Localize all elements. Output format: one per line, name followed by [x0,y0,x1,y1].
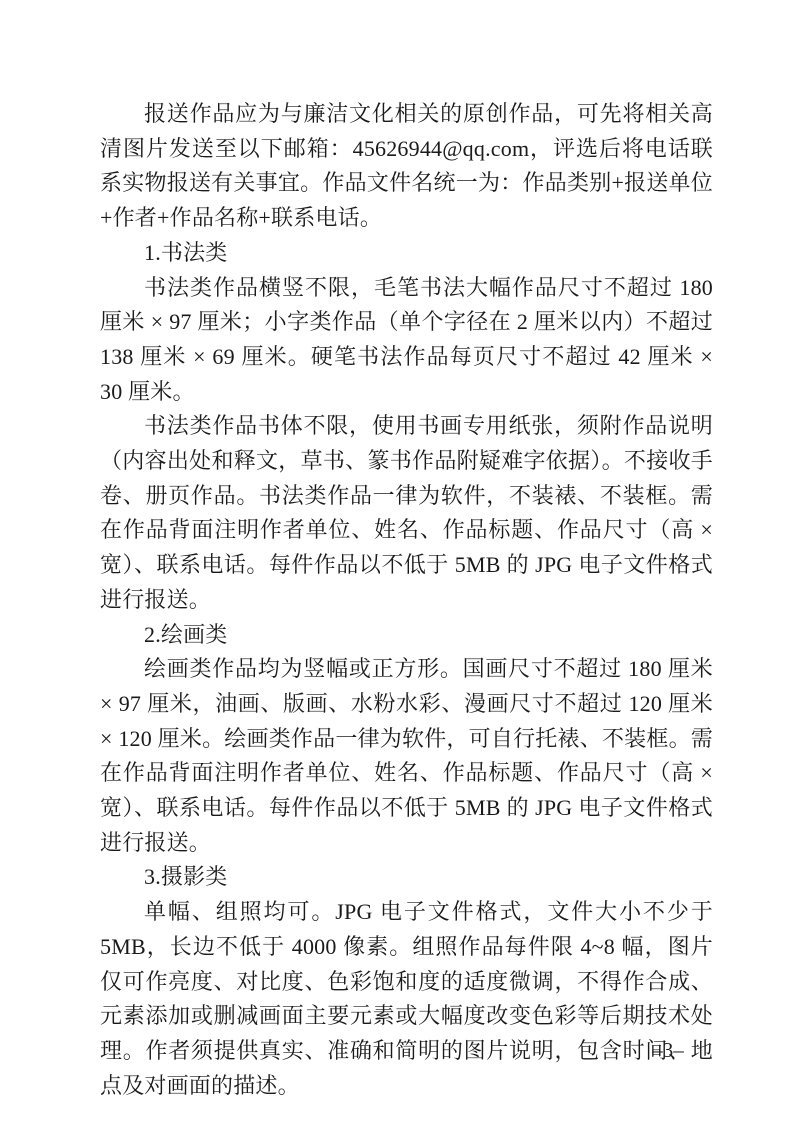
heading-category-1-calligraphy: 1.书法类 [100,236,713,271]
document-body: 报送作品应为与廉洁文化相关的原创作品，可先将相关高清图片发送至以下邮箱：4562… [100,97,713,1103]
para-calligraphy-dimensions: 书法类作品横竖不限，毛笔书法大幅作品尺寸不超过 180 厘米 × 97 厘米；小… [100,271,713,410]
page-number: –3– [652,1038,684,1062]
para-calligraphy-requirements: 书法类作品书体不限，使用书画专用纸张，须附作品说明（内容出处和释文，草书、篆书作… [100,409,713,617]
page-footer: –3– [600,1038,736,1062]
heading-category-2-painting: 2.绘画类 [100,618,713,653]
document-page: 报送作品应为与廉洁文化相关的原创作品，可先将相关高清图片发送至以下邮箱：4562… [0,0,793,1122]
heading-category-3-photography: 3.摄影类 [100,860,713,895]
para-painting-requirements: 绘画类作品均为竖幅或正方形。国画尺寸不超过 180 厘米 × 97 厘米，油画、… [100,652,713,860]
para-photography-requirements: 单幅、组照均可。JPG 电子文件格式，文件大小不少于 5MB，长边不低于 400… [100,895,713,1103]
para-submission-instructions: 报送作品应为与廉洁文化相关的原创作品，可先将相关高清图片发送至以下邮箱：4562… [100,97,713,236]
